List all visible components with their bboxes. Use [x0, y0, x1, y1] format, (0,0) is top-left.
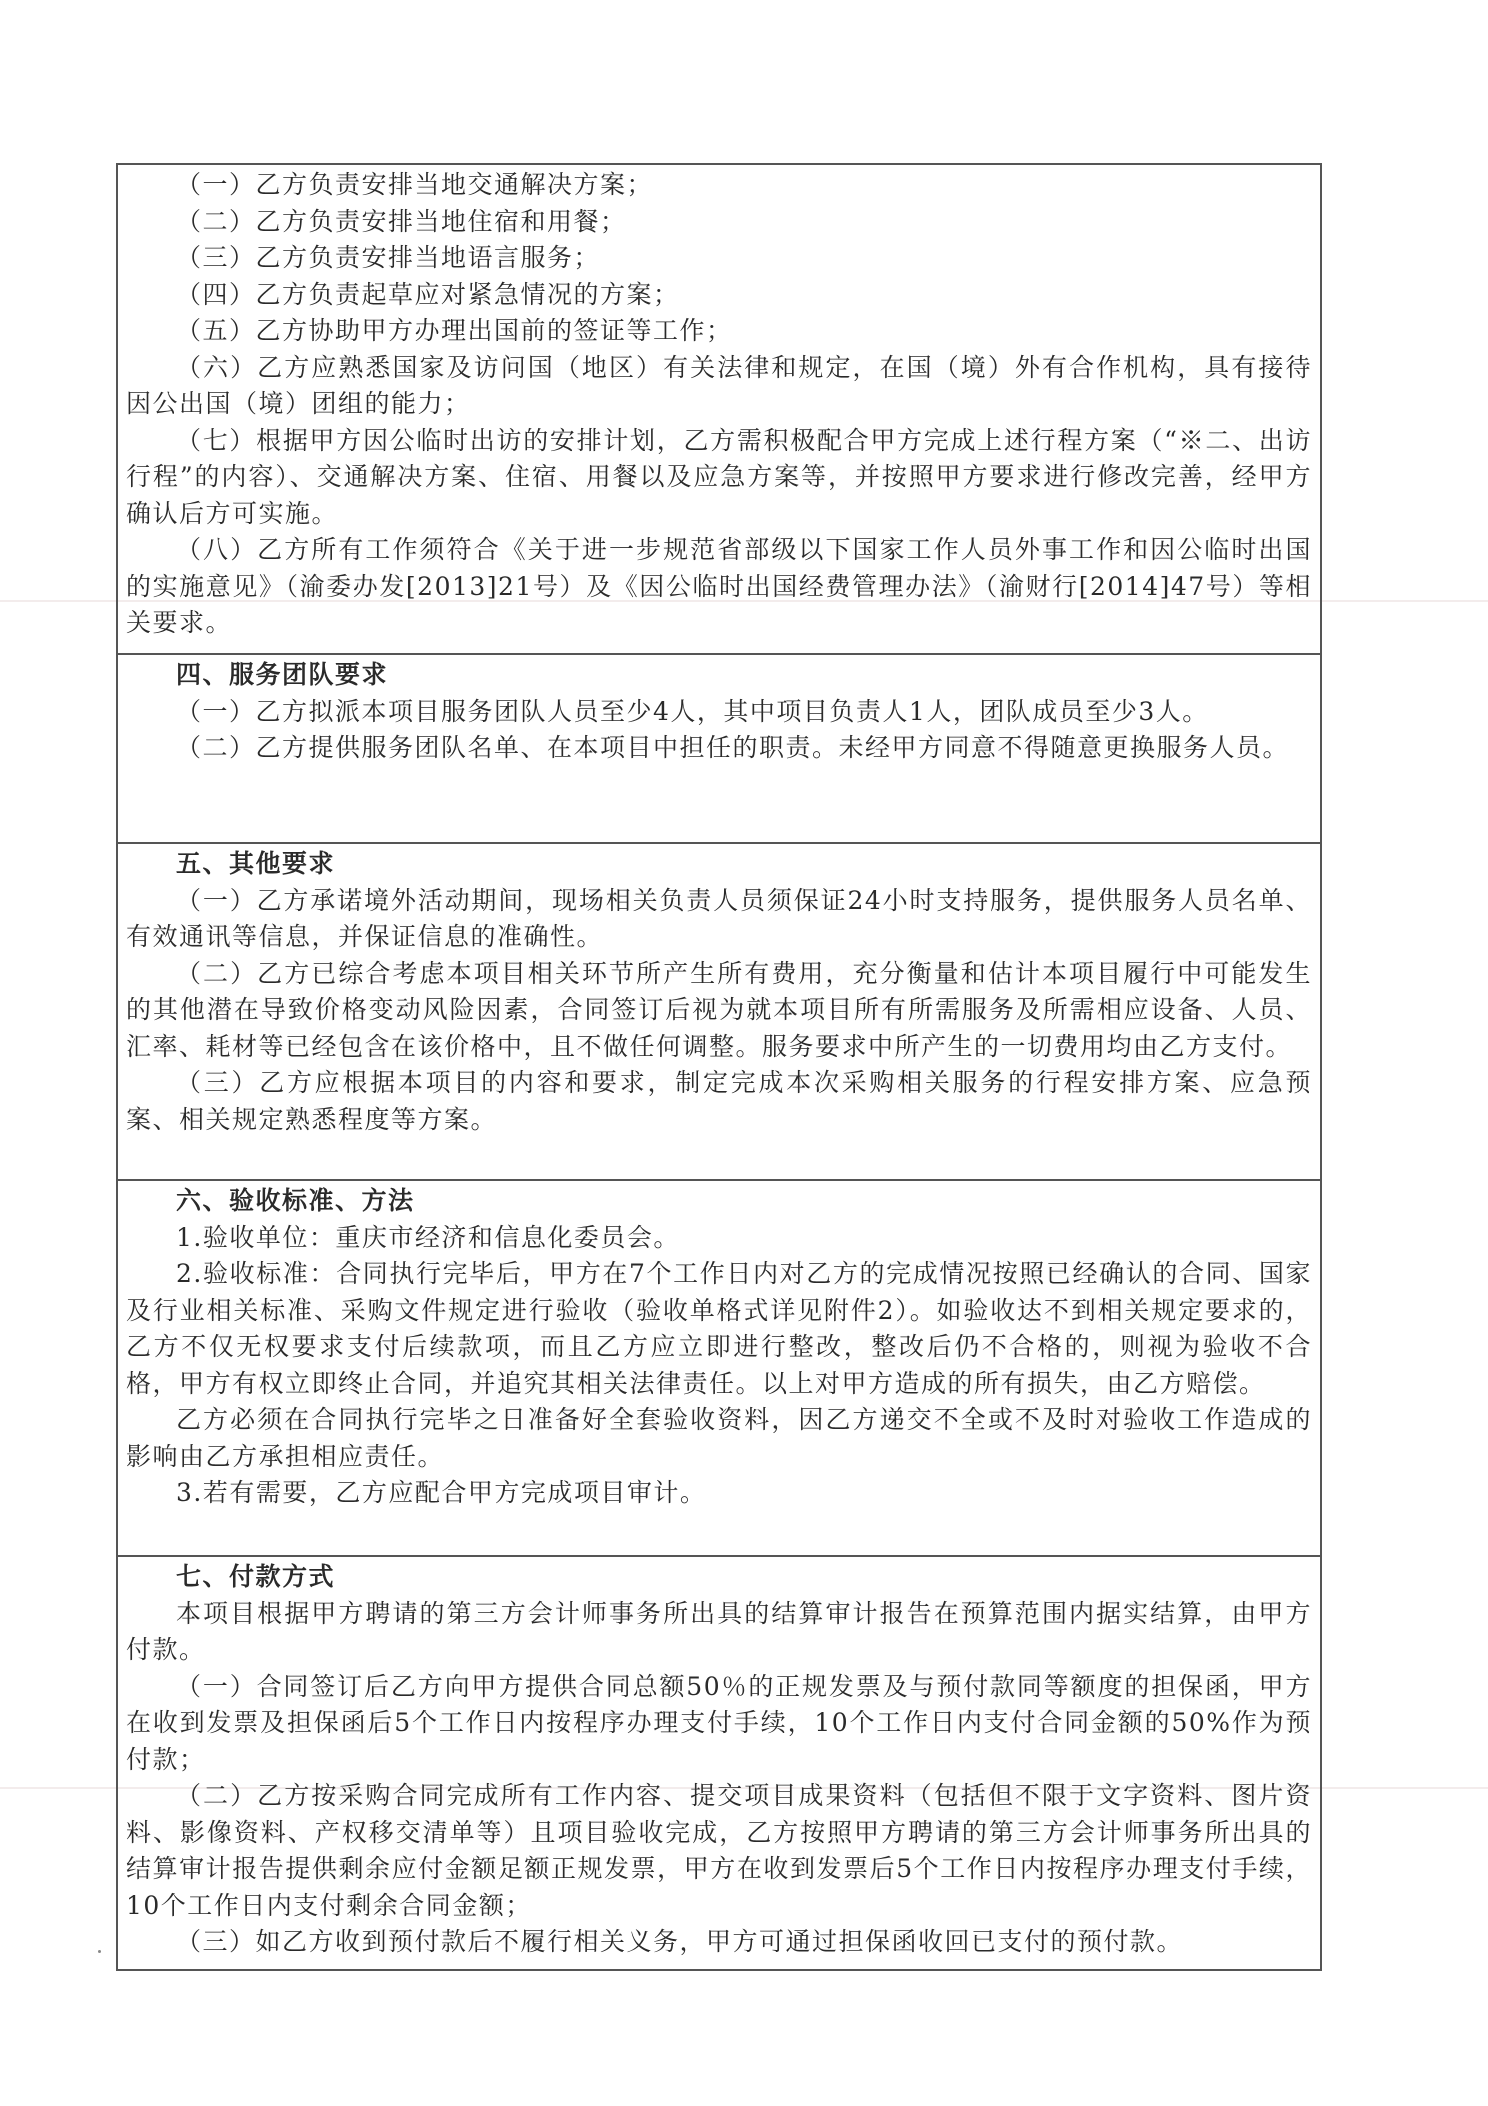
paragraph: 2.验收标准：合同执行完毕后，甲方在7个工作日内对乙方的完成情况按照已经确认的合… [126, 1256, 1312, 1402]
section-heading: 四、服务团队要求 [126, 657, 1312, 694]
paragraph: 乙方必须在合同执行完毕之日准备好全套验收资料，因乙方递交不全或不及时对验收工作造… [126, 1402, 1312, 1475]
paragraph: （三）乙方负责安排当地语言服务； [126, 240, 1312, 277]
section-acceptance: 六、验收标准、方法 1.验收单位：重庆市经济和信息化委员会。 2.验收标准：合同… [118, 1179, 1320, 1555]
paragraph: （一）乙方承诺境外活动期间，现场相关负责人员须保证24小时支持服务，提供服务人员… [126, 883, 1312, 956]
section-heading: 七、付款方式 [126, 1559, 1312, 1596]
paragraph: （一）乙方负责安排当地交通解决方案； [126, 167, 1312, 204]
paragraph: （三）乙方应根据本项目的内容和要求，制定完成本次采购相关服务的行程安排方案、应急… [126, 1065, 1312, 1138]
scan-speck [98, 1950, 101, 1953]
paragraph: （七）根据甲方因公临时出访的安排计划，乙方需积极配合甲方完成上述行程方案（“※二… [126, 423, 1312, 533]
paragraph: （二）乙方按采购合同完成所有工作内容、提交项目成果资料（包括但不限于文字资料、图… [126, 1778, 1312, 1924]
paragraph: （一）乙方拟派本项目服务团队人员至少4人，其中项目负责人1人，团队成员至少3人。 [126, 694, 1312, 731]
section-service-team: 四、服务团队要求 （一）乙方拟派本项目服务团队人员至少4人，其中项目负责人1人，… [118, 653, 1320, 842]
paragraph: （五）乙方协助甲方办理出国前的签证等工作； [126, 313, 1312, 350]
section-payment: 七、付款方式 本项目根据甲方聘请的第三方会计师事务所出具的结算审计报告在预算范围… [118, 1555, 1320, 1969]
paragraph: （三）如乙方收到预付款后不履行相关义务，甲方可通过担保函收回已支付的预付款。 [126, 1924, 1312, 1961]
paragraph: 1.验收单位：重庆市经济和信息化委员会。 [126, 1220, 1312, 1257]
section-heading: 五、其他要求 [126, 846, 1312, 883]
paragraph: （四）乙方负责起草应对紧急情况的方案； [126, 277, 1312, 314]
paragraph: （一）合同签订后乙方向甲方提供合同总额50％的正规发票及与预付款同等额度的担保函… [126, 1669, 1312, 1779]
paragraph: 本项目根据甲方聘请的第三方会计师事务所出具的结算审计报告在预算范围内据实结算，由… [126, 1596, 1312, 1669]
paragraph: （二）乙方提供服务团队名单、在本项目中担任的职责。未经甲方同意不得随意更换服务人… [126, 730, 1312, 767]
paragraph: （八）乙方所有工作须符合《关于进一步规范省部级以下国家工作人员外事工作和因公临时… [126, 532, 1312, 642]
paragraph: （二）乙方已综合考虑本项目相关环节所产生所有费用，充分衡量和估计本项目履行中可能… [126, 956, 1312, 1066]
contract-requirements-table: （一）乙方负责安排当地交通解决方案； （二）乙方负责安排当地住宿和用餐； （三）… [116, 163, 1322, 1971]
paragraph: （六）乙方应熟悉国家及访问国（地区）有关法律和规定，在国（境）外有合作机构，具有… [126, 350, 1312, 423]
paragraph: 3.若有需要，乙方应配合甲方完成项目审计。 [126, 1475, 1312, 1512]
section-service-content: （一）乙方负责安排当地交通解决方案； （二）乙方负责安排当地住宿和用餐； （三）… [118, 165, 1320, 653]
section-heading: 六、验收标准、方法 [126, 1183, 1312, 1220]
section-other-requirements: 五、其他要求 （一）乙方承诺境外活动期间，现场相关负责人员须保证24小时支持服务… [118, 842, 1320, 1179]
paragraph: （二）乙方负责安排当地住宿和用餐； [126, 204, 1312, 241]
